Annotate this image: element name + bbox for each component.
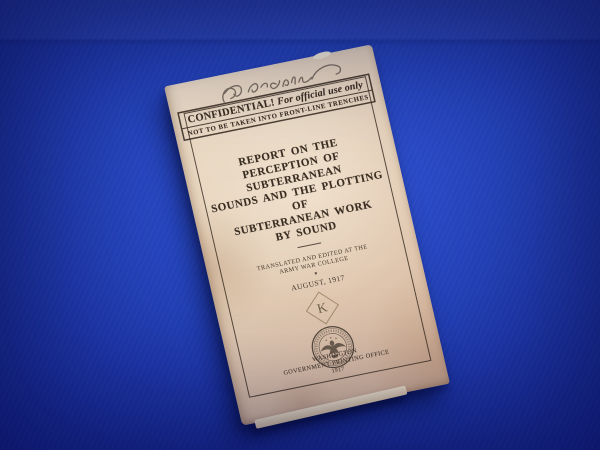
report-title: REPORT ON THE PERCEPTION OF SUBTERRANEAN… <box>196 127 398 256</box>
pamphlet-cover: CONFIDENTIAL! For official use only NOT … <box>164 44 450 425</box>
cover-border-frame: REPORT ON THE PERCEPTION OF SUBTERRANEAN… <box>183 76 431 398</box>
photo-backdrop: CONFIDENTIAL! For official use only NOT … <box>0 0 600 450</box>
censor-letter: K <box>316 299 330 316</box>
k-censor-stamp: K <box>306 291 339 324</box>
divider-rule <box>297 242 321 248</box>
